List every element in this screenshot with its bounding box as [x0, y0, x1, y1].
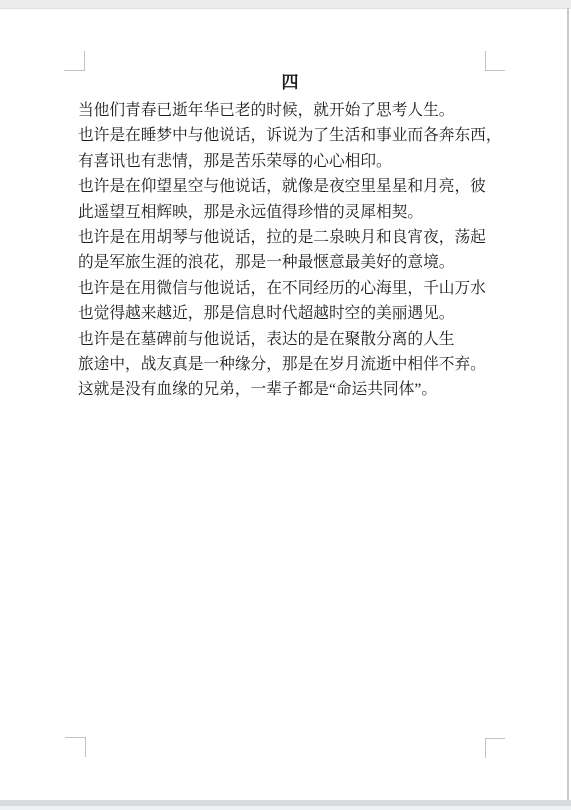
- margin-corner-mark-bottom-left: [65, 737, 86, 757]
- text-line: 旅途中，战友真是一种缘分，那是在岁月流逝中相伴不弃。: [78, 352, 518, 377]
- text-line: 也许是在仰望星空与他说话，就像是夜空里星星和月亮，彼: [78, 174, 518, 199]
- document-body: 当他们青春已逝年华已老的时候，就开始了思考人生。 也许是在睡梦中与他说话，诉说为…: [78, 98, 518, 403]
- margin-corner-mark-top-right: [485, 51, 505, 71]
- text-line: 也许是在用微信与他说话，在不同经历的心海里，千山万水: [78, 276, 518, 301]
- text-line: 也许是在用胡琴与他说话，拉的是二泉映月和良宵夜，荡起: [78, 225, 518, 250]
- text-line: 的是军旅生涯的浪花，那是一种最惬意最美好的意境。: [78, 250, 518, 275]
- text-line: 也许是在墓碑前与他说话，表达的是在聚散分离的人生: [78, 327, 518, 352]
- window-bottom-edge-highlight: [0, 806, 571, 810]
- text-line: 这就是没有血缘的兄弟，一辈子都是“命运共同体”。: [78, 377, 518, 402]
- text-line: 也许是在睡梦中与他说话，诉说为了生活和事业而各奔东西，: [78, 123, 518, 148]
- window-top-edge: [0, 0, 571, 9]
- section-title: 四: [78, 70, 502, 95]
- text-line: 有喜讯也有悲情，那是苦乐荣辱的心心相印。: [78, 149, 518, 174]
- text-line: 当他们青春已逝年华已老的时候，就开始了思考人生。: [78, 98, 518, 123]
- margin-corner-mark-bottom-right: [485, 738, 505, 758]
- text-line: 也觉得越来越近，那是信息时代超越时空的美丽遇见。: [78, 301, 518, 326]
- text-line: 此遥望互相辉映，那是永远值得珍惜的灵犀相契。: [78, 200, 518, 225]
- document-page: 四 当他们青春已逝年华已老的时候，就开始了思考人生。 也许是在睡梦中与他说话，诉…: [0, 0, 571, 810]
- margin-corner-mark-top-left: [64, 51, 85, 71]
- page-right-edge: [567, 8, 569, 800]
